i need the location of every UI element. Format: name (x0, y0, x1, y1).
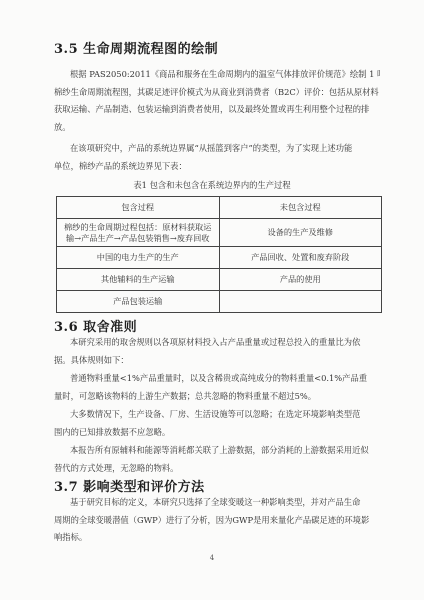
system-boundary-table: 包含过程 未包含过程 棉纱的生命周期过程包括：原材料获取运输→产品生产→产品包装… (56, 196, 382, 313)
table-header-included: 包含过程 (57, 197, 220, 219)
table-cell: 设备的生产及维修 (219, 219, 382, 247)
table-row: 中国的电力生产的生产 产品回收、处置和废弃阶段 (57, 247, 382, 269)
paragraph-3-6-2: 普通物料重量<1%产品重量时，以及含稀贵或高纯成分的物料重量<0.1%产品重 量… (54, 370, 380, 405)
text-line: 周期的全球变暖潜值（GWP）进行了分析，因为GWP是用来量化产品碳足迹的环境影 (54, 512, 380, 530)
text-line: 替代的方式处理，无忽略的物料。 (54, 460, 380, 478)
table-cell: 产品的使用 (219, 269, 382, 291)
paragraph-3-6-1: 本研究采用的取舍规则以各项原材料投入占产品重量或过程总投入的重量比为依 据。具体… (54, 334, 380, 369)
paragraph-3-7-1: 基于研究目标的定义，本研究只选择了全球变暖这一种影响类型，并对产品生命 周期的全… (54, 494, 380, 547)
paragraph-3-5-2: 在该项研究中，产品的系统边界属“从摇篮到客户”的类型，为了实现上述功能 单位，棉… (54, 140, 380, 175)
text-line: 本研究采用的取舍规则以各项原材料投入占产品重量或过程总投入的重量比为依 (54, 334, 380, 352)
text-line: 单位，棉纱产品的系统边界见下表： (54, 158, 380, 176)
paragraph-3-5-1: 根据 PAS2050:2011《商品和服务在生命周期内的温室气体排放评价规范》绘… (54, 66, 380, 136)
text-line: 获取运输、产品制造、包装运输到消费者使用，以及最终处置或再生利用整个过程的排 (54, 101, 380, 119)
text-line: 放。 (54, 119, 380, 137)
table-cell: 其他辅料的生产运输 (57, 269, 220, 291)
page-number: 4 (0, 554, 424, 562)
text-line: 根据 PAS2050:2011《商品和服务在生命周期内的温室气体排放评价规范》绘… (54, 66, 380, 84)
text-line: 大多数情况下，生产设备、厂房、生活设施等可以忽略；在选定环境影响类型范 (54, 406, 380, 424)
text-line: 据。具体规则如下： (54, 352, 380, 370)
text-line: 响指标。 (54, 529, 380, 547)
table-cell (219, 291, 382, 313)
table-cell: 棉纱的生命周期过程包括：原材料获取运输→产品生产→产品包装销售→废弃回收 (57, 219, 220, 247)
paragraph-3-6-4: 本报告所有原辅料和能源等消耗都关联了上游数据，部分消耗的上游数据采用近似 替代的… (54, 442, 380, 477)
table-cell: 产品包装运输 (57, 291, 220, 313)
table-cell: 中国的电力生产的生产 (57, 247, 220, 269)
text-line: 在该项研究中，产品的系统边界属“从摇篮到客户”的类型，为了实现上述功能 (54, 140, 380, 158)
table-caption: 表1 包含和未包含在系统边界内的生产过程 (0, 179, 424, 191)
text-line: 普通物料重量<1%产品重量时，以及含稀贵或高纯成分的物料重量<0.1%产品重 (54, 370, 380, 388)
text-line: 围内的已知排放数据不应忽略。 (54, 424, 380, 442)
table-cell: 产品回收、处置和废弃阶段 (219, 247, 382, 269)
text-line: 基于研究目标的定义，本研究只选择了全球变暖这一种影响类型，并对产品生命 (54, 494, 380, 512)
section-heading-3-6: 3.6 取舍准则 (54, 316, 137, 335)
table-row: 棉纱的生命周期过程包括：原材料获取运输→产品生产→产品包装销售→废弃回收 设备的… (57, 219, 382, 247)
paragraph-3-6-3: 大多数情况下，生产设备、厂房、生活设施等可以忽略；在选定环境影响类型范 围内的已… (54, 406, 380, 441)
document-page: 3.5 生命周期流程图的绘制 根据 PAS2050:2011《商品和服务在生命周… (0, 0, 424, 600)
text-line: 量时，可忽略该物料的上游生产数据；总共忽略的物料重量不超过5%。 (54, 388, 380, 406)
table-row: 产品包装运输 (57, 291, 382, 313)
text-line: 本报告所有原辅料和能源等消耗都关联了上游数据，部分消耗的上游数据采用近似 (54, 442, 380, 460)
table-row: 其他辅料的生产运输 产品的使用 (57, 269, 382, 291)
table-header-excluded: 未包含过程 (219, 197, 382, 219)
text-line: 棉纱生命周期流程图，其碳足迹评价模式为从商业到消费者（B2C）评价：包括从原材料 (54, 84, 380, 102)
section-heading-3-5: 3.5 生命周期流程图的绘制 (54, 38, 218, 57)
section-heading-3-7: 3.7 影响类型和评价方法 (54, 476, 205, 495)
